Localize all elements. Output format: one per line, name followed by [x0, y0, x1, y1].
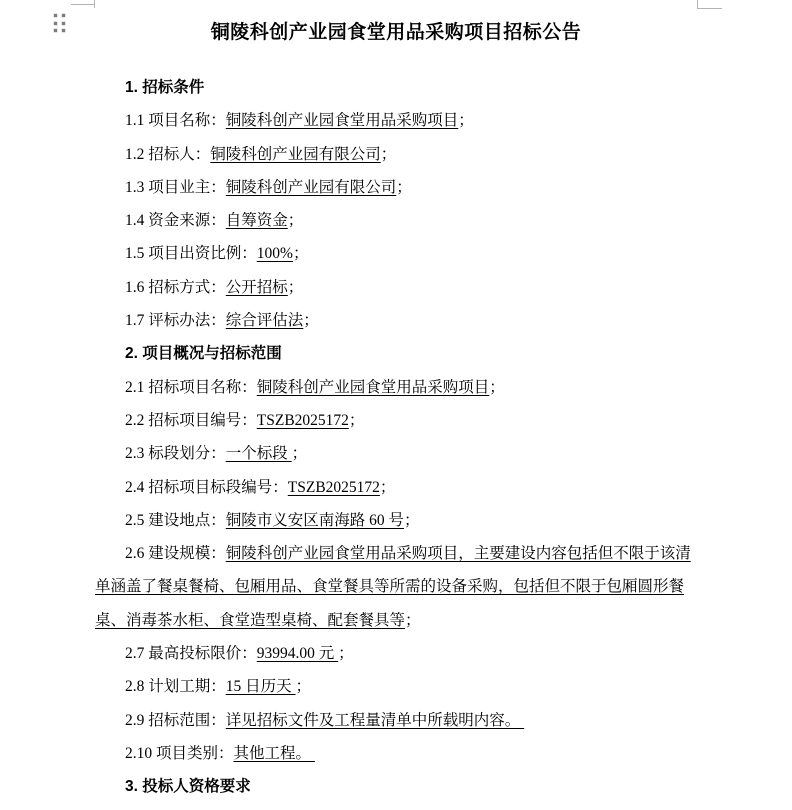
- clause-label: 1.4 资金来源：: [125, 212, 226, 229]
- clause-label: 1.6 招标方式：: [125, 279, 226, 296]
- clause-suffix: ；: [338, 645, 354, 662]
- clause-2-10: 2.10 项目类别：其他工程。: [95, 737, 698, 770]
- clause-value: 自筹资金: [226, 212, 288, 229]
- clause-2-8: 2.8 计划工期：15 日历天 ；: [95, 670, 698, 703]
- clause-label: 2.10 项目类别：: [125, 745, 234, 762]
- clause-suffix: ；: [293, 245, 309, 262]
- clause-suffix: ；: [303, 312, 319, 329]
- document-title: 铜陵科创产业园食堂用品采购项目招标公告: [0, 17, 792, 44]
- clause-label: 1.5 项目出资比例：: [125, 245, 257, 262]
- clause-label: 2.7 最高投标限价：: [125, 645, 257, 662]
- clause-1-5: 1.5 项目出资比例：100%；: [95, 237, 698, 270]
- clause-label: 2.8 计划工期：: [125, 678, 226, 695]
- clause-2-6: 2.6 建设规模：铜陵科创产业园食堂用品采购项目，主要建设内容包括但不限于该清单…: [95, 537, 698, 637]
- text-boundary-mark-right: [697, 8, 722, 9]
- clause-suffix: ；: [349, 412, 365, 429]
- clause-value: TSZB2025172: [257, 412, 349, 429]
- clause-2-9: 2.9 招标范围：详见招标文件及工程量清单中所载明内容。: [95, 704, 698, 737]
- section-heading-3: 3. 投标人资格要求: [95, 770, 698, 803]
- clause-suffix: ；: [288, 212, 304, 229]
- clause-label: 1.7 评标办法：: [125, 312, 226, 329]
- clause-2-7: 2.7 最高投标限价：93994.00 元 ；: [95, 637, 698, 670]
- clause-2-2: 2.2 招标项目编号：TSZB2025172；: [95, 404, 698, 437]
- clause-value: 公开招标: [226, 279, 288, 296]
- clause-value: 其他工程。: [234, 745, 315, 762]
- clause-value: 100%: [257, 245, 293, 262]
- text-boundary-mark-left: [94, 0, 95, 8]
- clause-suffix: ；: [381, 146, 397, 163]
- clause-suffix: ；: [458, 112, 474, 129]
- clause-1-1: 1.1 项目名称：铜陵科创产业园食堂用品采购项目；: [95, 104, 698, 137]
- clause-2-4: 2.4 招标项目标段编号：TSZB2025172；: [95, 471, 698, 504]
- clause-label: 2.2 招标项目编号：: [125, 412, 257, 429]
- text-boundary-mark-right: [697, 0, 698, 8]
- clause-label: 2.5 建设地点：: [125, 512, 226, 529]
- clause-1-2: 1.2 招标人：铜陵科创产业园有限公司；: [95, 138, 698, 171]
- clause-label: 2.9 招标范围：: [125, 712, 226, 729]
- clause-1-7: 1.7 评标办法：综合评估法；: [95, 304, 698, 337]
- clause-suffix: ；: [380, 479, 396, 496]
- clause-1-4: 1.4 资金来源：自筹资金；: [95, 204, 698, 237]
- section-heading-1: 1. 招标条件: [95, 71, 698, 104]
- clause-value: 15 日历天: [226, 678, 296, 695]
- clause-value: 铜陵科创产业园有限公司: [210, 146, 381, 163]
- clause-label: 2.4 招标项目标段编号：: [125, 479, 288, 496]
- clause-value: 铜陵科创产业园食堂用品采购项目: [257, 379, 490, 396]
- clause-label: 1.1 项目名称：: [125, 112, 226, 129]
- clause-2-3: 2.3 标段划分：一个标段 ；: [95, 437, 698, 470]
- clause-suffix: ；: [405, 612, 421, 629]
- clause-suffix: ；: [292, 445, 308, 462]
- clause-label: 2.3 标段划分：: [125, 445, 226, 462]
- clause-suffix: ；: [296, 678, 312, 695]
- clause-label: 1.2 招标人：: [125, 146, 210, 163]
- clause-label: 1.3 项目业主：: [125, 179, 226, 196]
- clause-suffix: ；: [288, 279, 304, 296]
- text-boundary-mark-left: [71, 4, 95, 5]
- clause-suffix: ；: [404, 512, 420, 529]
- clause-value: 93994.00 元: [257, 645, 338, 662]
- section-heading-2: 2. 项目概况与招标范围: [95, 337, 698, 370]
- clause-suffix: ；: [396, 179, 412, 196]
- clause-value: 一个标段: [226, 445, 292, 462]
- clause-label: 2.6 建设规模：: [125, 545, 226, 562]
- clause-suffix: ；: [489, 379, 505, 396]
- clause-2-1: 2.1 招标项目名称：铜陵科创产业园食堂用品采购项目；: [95, 371, 698, 404]
- clause-value: TSZB2025172: [288, 479, 380, 496]
- clause-value: 综合评估法: [226, 312, 304, 329]
- clause-1-3: 1.3 项目业主：铜陵科创产业园有限公司；: [95, 171, 698, 204]
- document-page: 铜陵科创产业园食堂用品采购项目招标公告 1. 招标条件 1.1 项目名称：铜陵科…: [0, 0, 792, 810]
- clause-1-6: 1.6 招标方式：公开招标；: [95, 271, 698, 304]
- document-body: 1. 招标条件 1.1 项目名称：铜陵科创产业园食堂用品采购项目； 1.2 招标…: [95, 71, 698, 804]
- clause-value: 铜陵科创产业园有限公司: [226, 179, 397, 196]
- clause-value: 铜陵市义安区南海路 60 号: [226, 512, 404, 529]
- clause-label: 2.1 招标项目名称：: [125, 379, 257, 396]
- clause-value: 详见招标文件及工程量清单中所载明内容。: [226, 712, 524, 729]
- clause-value: 铜陵科创产业园食堂用品采购项目: [226, 112, 459, 129]
- clause-2-5: 2.5 建设地点：铜陵市义安区南海路 60 号；: [95, 504, 698, 537]
